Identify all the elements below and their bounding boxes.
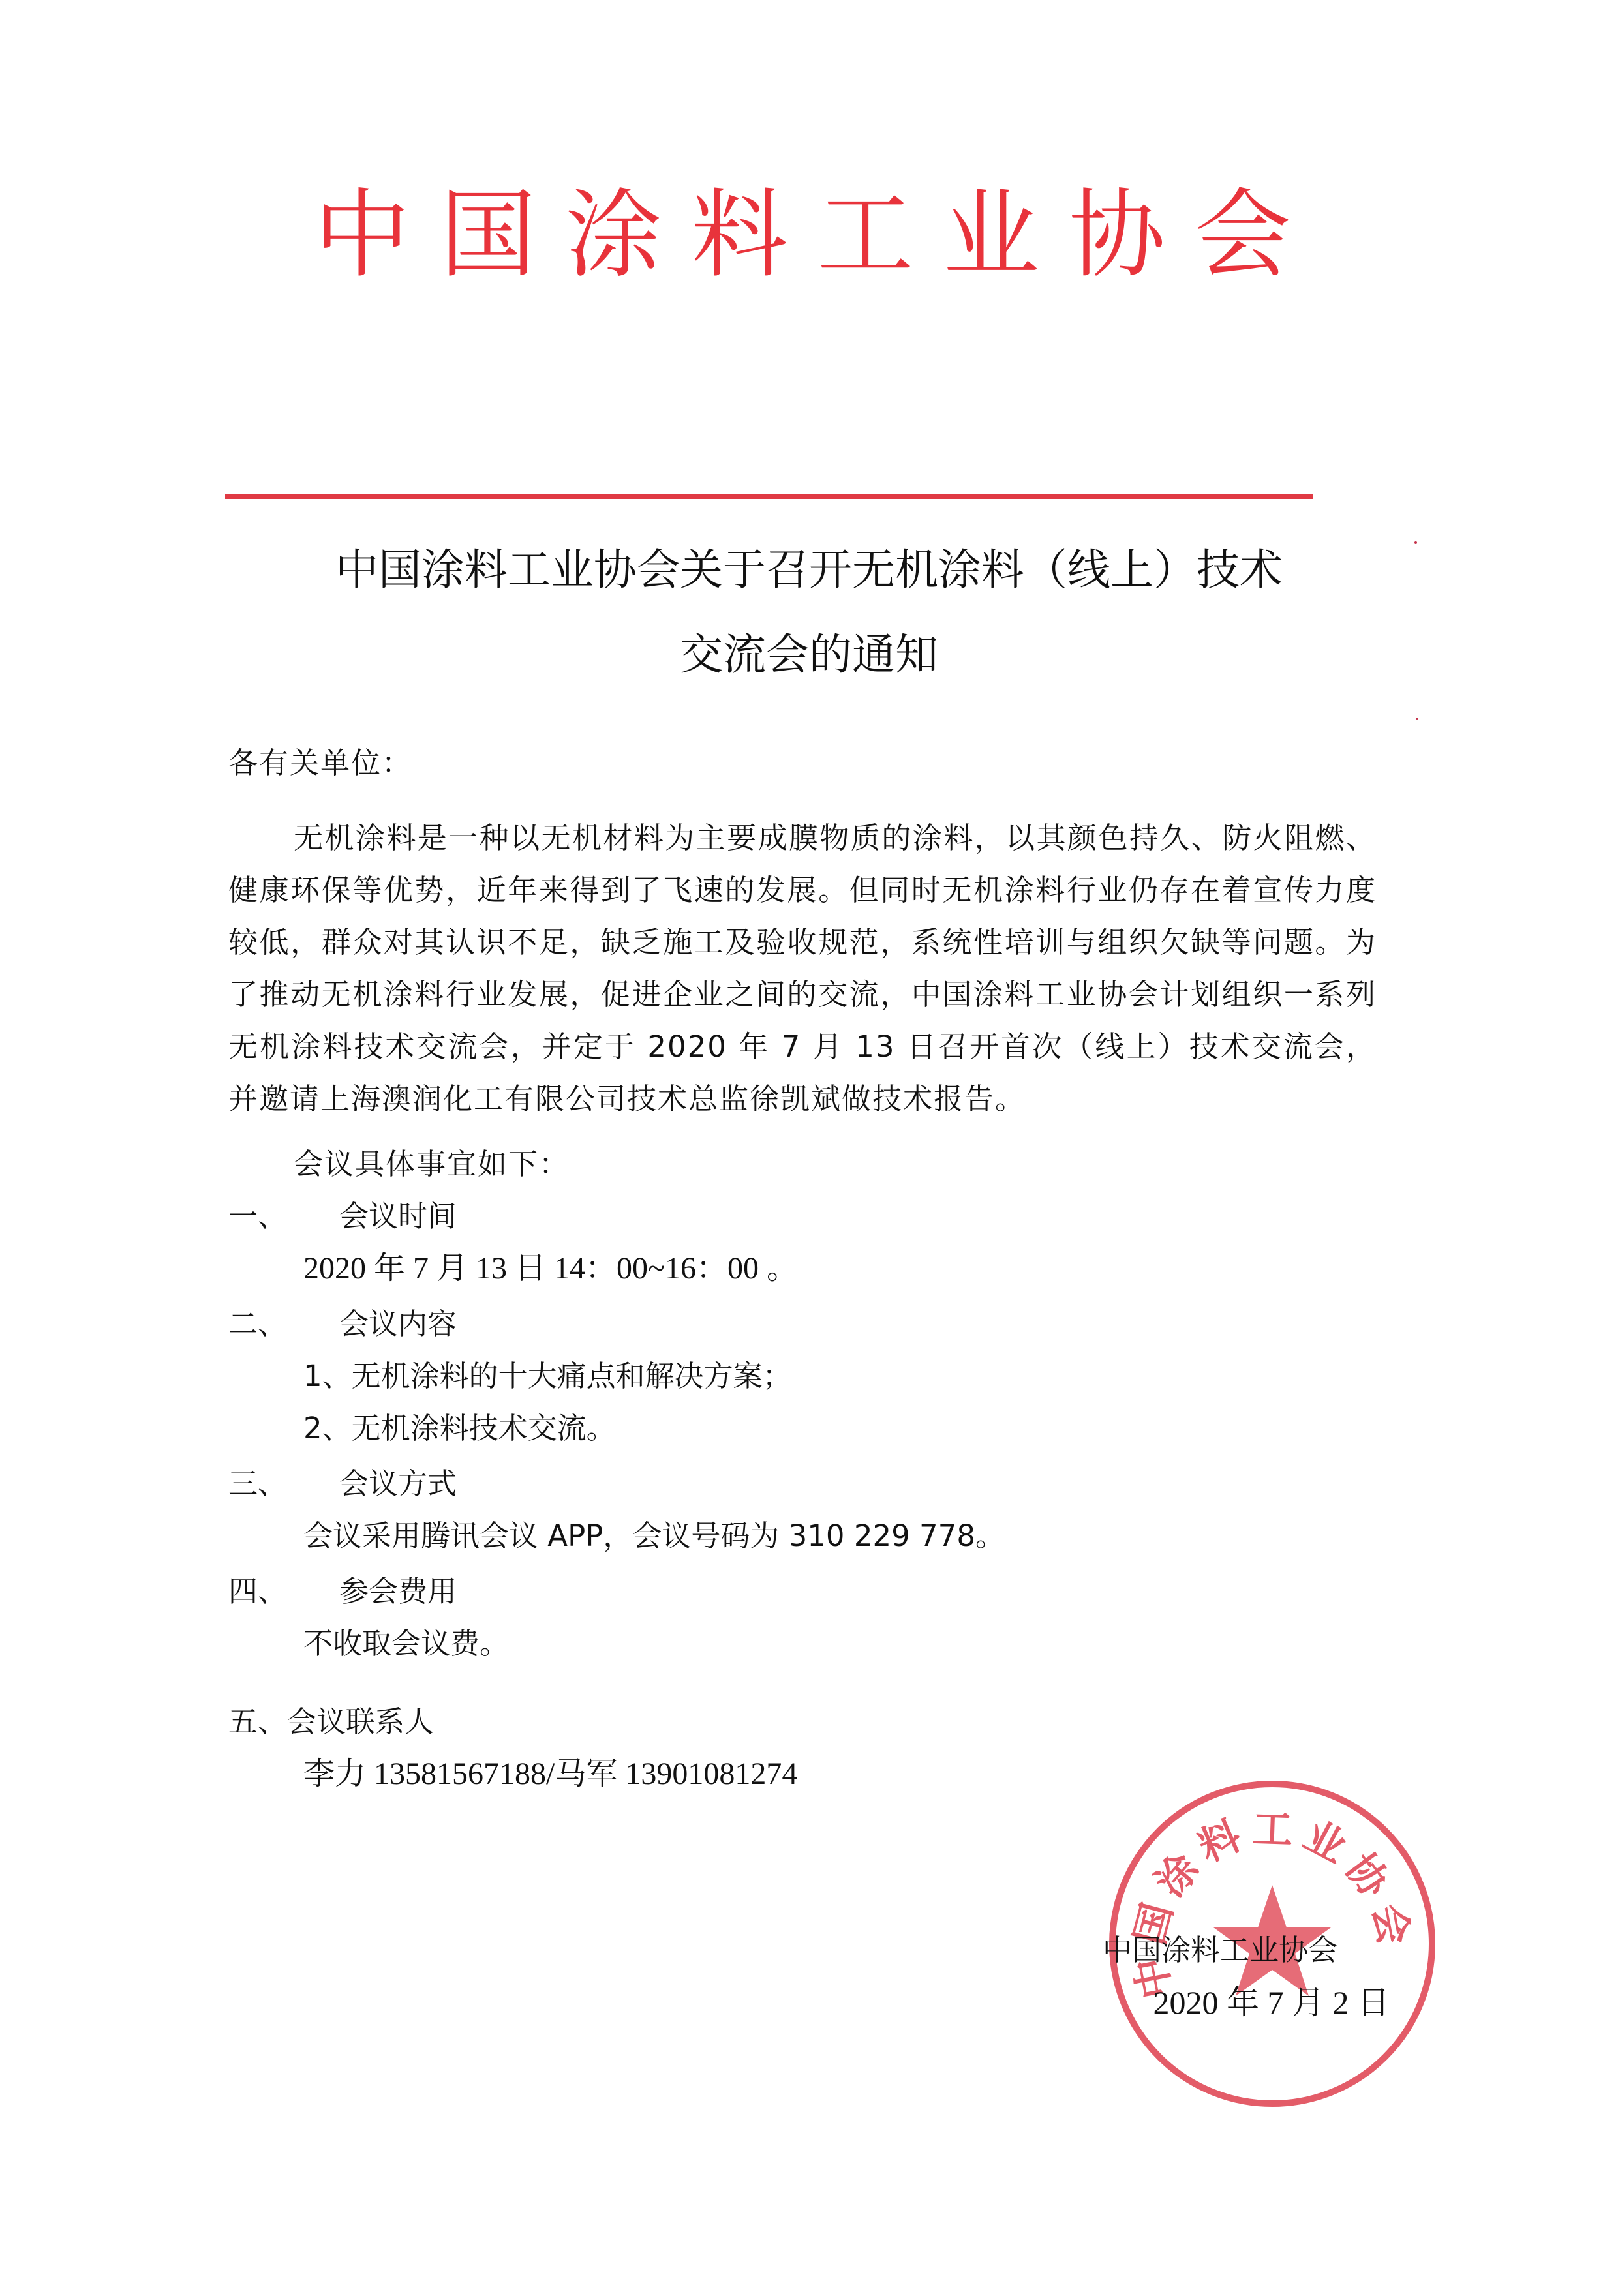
fees-value: 不收取会议费。 [303,1618,509,1670]
letterhead-char: 中 [313,183,411,287]
content-item-1: 1、无机涂料的十大痛点和解决方案； [303,1350,792,1402]
letterhead-char: 业 [942,183,1040,287]
section-number: 三、 [228,1458,339,1510]
title-line-2: 交流会的通知 [222,620,1396,690]
section-heading: 会议方式 [339,1466,457,1501]
section-contacts: 五、会议联系人 [228,1696,434,1748]
section-meeting-content: 二、会议内容 [228,1298,457,1350]
details-intro: 会议具体事宜如下： [228,1138,1442,1190]
scan-speck [1414,541,1417,544]
meeting-method-value: 会议采用腾讯会议 APP，会议号码为 310 229 778。 [303,1510,1005,1562]
letterhead-char: 涂 [565,183,663,287]
letterhead: 中 国 涂 料 工 业 协 会 [313,183,1292,287]
section-number: 一、 [228,1190,339,1243]
red-divider-rule [225,494,1313,499]
contacts-value: 李力 13581567188/马军 13901081274 [303,1748,797,1800]
title-line-1: 中国涂料工业协会关于召开无机涂料（线上）技术 [222,535,1396,605]
scan-speck [1416,717,1418,720]
letterhead-char: 国 [439,183,537,287]
letterhead-char: 协 [1068,183,1166,287]
section-number: 二、 [228,1298,339,1350]
content-item-2: 2、无机涂料技术交流。 [303,1402,616,1455]
signature-block: 中国涂料工业协会 2020 年 7 月 2 日 [1103,1924,1390,2029]
signature-organization: 中国涂料工业协会 [1103,1924,1390,1976]
section-number: 四、 [228,1565,339,1618]
section-heading: 参会费用 [339,1574,457,1609]
section-meeting-method: 三、会议方式 [228,1458,457,1510]
salutation: 各有关单位： [228,737,1377,789]
section-heading: 会议内容 [339,1307,457,1341]
letterhead-char: 工 [816,183,914,287]
meeting-time-value: 2020 年 7 月 13 日 14：00~16：00 。 [303,1243,798,1295]
section-meeting-time: 一、会议时间 [228,1190,457,1243]
section-fees: 四、参会费用 [228,1565,457,1618]
section-heading: 会议时间 [339,1199,457,1233]
section-number: 五、 [228,1696,287,1748]
letterhead-char: 会 [1194,183,1292,287]
letterhead-char: 料 [691,183,789,287]
signature-date: 2020 年 7 月 2 日 [1103,1976,1390,2029]
document-title: 中国涂料工业协会关于召开无机涂料（线上）技术 交流会的通知 [222,535,1396,690]
section-heading: 会议联系人 [287,1704,434,1739]
body-paragraph: 无机涂料是一种以无机材料为主要成膜物质的涂料，以其颜色持久、防火阻燃、健康环保等… [228,812,1377,1125]
